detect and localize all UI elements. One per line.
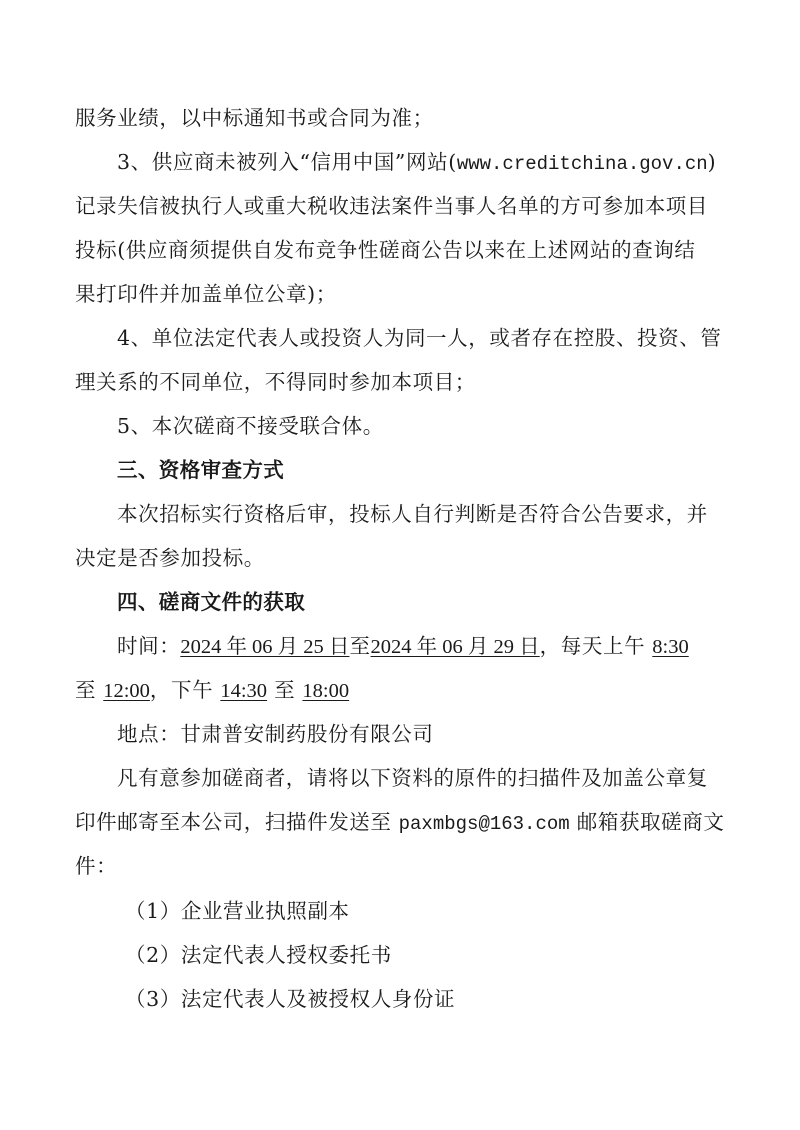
creditchina-url: www.creditchina.gov.cn [457,153,708,175]
paragraph-line: 印件邮寄至本公司，扫描件发送至 paxmbgs@163.com 邮箱获取磋商文 [75,808,724,838]
text: ，每天上午 [540,634,653,658]
text: 凡有意参加磋商者，请将以下资料的原件的扫描件及加盖公章复 [117,766,708,790]
text: 服务业绩，以中标通知书或合同为准； [75,106,434,130]
requirement-item-4: 4、单位法定代表人或投资人为同一人，或者存在控股、投资、管 [117,324,721,352]
required-document-item: （2）法定代表人授权委托书 [125,941,392,969]
acquisition-location-line: 地点：甘肃普安制药股份有限公司 [117,720,434,748]
text: 果打印件并加盖单位公章)； [75,282,337,306]
paragraph-line: 决定是否参加投标。 [75,544,265,572]
paragraph-line: 件： [75,852,117,880]
required-document-item: （3）法定代表人及被授权人身份证 [125,985,455,1013]
text: 决定是否参加投标。 [75,546,265,570]
location-label: 地点： [117,722,180,746]
heading-text: 四、磋商文件的获取 [117,590,305,614]
contact-email: paxmbgs@163.com [399,813,570,835]
requirement-item-3: 3、供应商未被列入“信用中国”网站(www.creditchina.gov.cn… [117,148,716,178]
paragraph-line: 凡有意参加磋商者，请将以下资料的原件的扫描件及加盖公章复 [117,764,708,792]
am-start-time: 8:30 [652,636,688,658]
text: （2）法定代表人授权委托书 [125,943,392,967]
paragraph-line: 理关系的不同单位，不得同时参加本项目； [75,368,476,396]
end-date: 2024 年 06 月 29 日 [371,636,540,658]
text: 3、供应商未被列入“信用中国”网站( [117,150,457,174]
pm-start-time: 14:30 [220,680,267,702]
start-date: 2024 年 06 月 25 日 [180,636,349,658]
acquisition-time-line: 时间：2024 年 06 月 25 日至2024 年 06 月 29 日，每天上… [117,632,689,661]
text: （3）法定代表人及被授权人身份证 [125,987,455,1011]
paragraph-line: 本次招标实行资格后审，投标人自行判断是否符合公告要求，并 [117,500,708,528]
requirement-item-5: 5、本次磋商不接受联合体。 [117,412,384,440]
section-heading-document-acquisition: 四、磋商文件的获取 [117,588,305,616]
pm-end-time: 18:00 [302,680,349,702]
text: 本次招标实行资格后审，投标人自行判断是否符合公告要求，并 [117,502,708,526]
text: 理关系的不同单位，不得同时参加本项目； [75,370,476,394]
text: 记录失信被执行人或重大税收违法案件当事人名单的方可参加本项目 [75,194,708,218]
paragraph-line: 投标(供应商须提供自发布竞争性磋商公告以来在上述网站的查询结 [75,236,696,264]
text: （1）企业营业执照副本 [125,899,350,923]
text: 件： [75,854,117,878]
section-heading-qualification-review: 三、资格审查方式 [117,456,284,484]
text: 投标(供应商须提供自发布竞争性磋商公告以来在上述网站的查询结 [75,238,696,262]
paragraph-line: 服务业绩，以中标通知书或合同为准； [75,104,434,132]
am-end-time: 12:00 [103,680,150,702]
text: 印件邮寄至本公司，扫描件发送至 [75,810,399,834]
text: 至 [349,634,370,658]
text: ) [708,150,717,174]
acquisition-time-line-2: 至 12:00，下午 14:30 至 18:00 [75,676,349,705]
text: 邮箱获取磋商文 [570,810,725,834]
location-value: 甘肃普安制药股份有限公司 [180,722,433,746]
text: 4、单位法定代表人或投资人为同一人，或者存在控股、投资、管 [117,326,721,350]
time-label: 时间： [117,634,180,658]
text: 至 [75,678,103,702]
document-page: 服务业绩，以中标通知书或合同为准； 3、供应商未被列入“信用中国”网站(www.… [0,0,800,1130]
text: ，下午 [150,678,220,702]
paragraph-line: 记录失信被执行人或重大税收违法案件当事人名单的方可参加本项目 [75,192,708,220]
text: 至 [267,678,302,702]
text: 5、本次磋商不接受联合体。 [117,414,384,438]
required-document-item: （1）企业营业执照副本 [125,897,350,925]
heading-text: 三、资格审查方式 [117,458,284,482]
paragraph-line: 果打印件并加盖单位公章)； [75,280,337,308]
